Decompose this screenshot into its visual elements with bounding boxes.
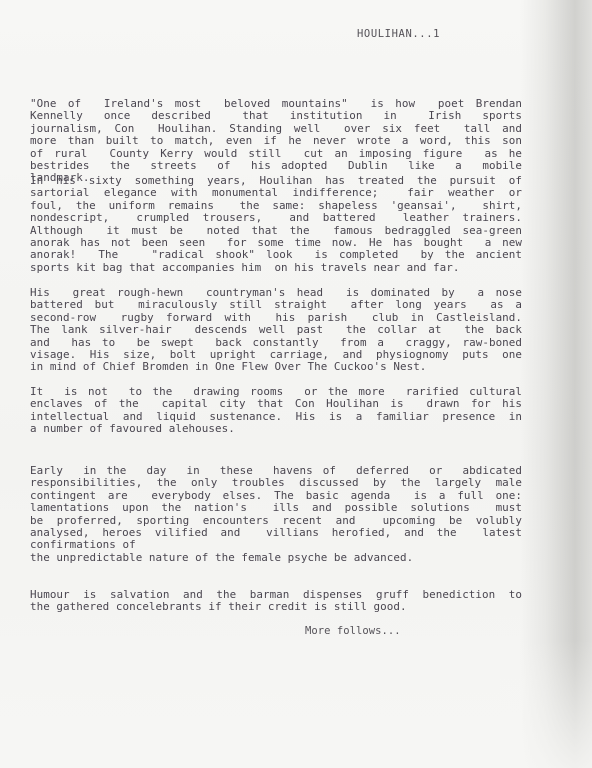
text-line: enclaves of the capital city that Con Ho… [30, 398, 522, 410]
paragraph-6: Humour is salvation and the barman dispe… [30, 589, 522, 614]
text-line: anorak! The "radical shook" look is comp… [30, 249, 522, 261]
page-footer: More follows... [305, 625, 401, 637]
text-line: the gathered concelebrants if their cred… [30, 601, 522, 613]
text-line: the unpredictable nature of the female p… [30, 552, 522, 564]
text-line: in mind of Chief Bromden in One Flew Ove… [30, 361, 522, 373]
text-line: sports kit bag that accompanies him on h… [30, 262, 522, 274]
page-header: HOULIHAN...1 [357, 28, 440, 40]
text-line: The lank silver-hair descends well past … [30, 324, 522, 336]
text-line: responsibilities, the only troubles disc… [30, 477, 522, 489]
paragraph-2: In his sixty something years, Houlihan h… [30, 175, 522, 274]
typed-document: HOULIHAN...1 "One of Ireland's most belo… [0, 0, 592, 768]
text-line: Kennelly once described that institution… [30, 110, 522, 122]
paragraph-1: "One of Ireland's most beloved mountains… [30, 98, 522, 185]
text-line: lamentations upon the nation's ills and … [30, 502, 522, 514]
text-line: a number of favoured alehouses. [30, 423, 522, 435]
text-line: more than built to match, even if he nev… [30, 135, 522, 147]
paragraph-3: His great rough-hewn countryman's head i… [30, 287, 522, 374]
text-line: nondescript, crumpled trousers, and batt… [30, 212, 522, 224]
text-line: confirmations of [30, 539, 522, 551]
paragraph-4: It is not to the drawing rooms or the mo… [30, 386, 522, 436]
text-line: bestrides the streets of his adopted Dub… [30, 160, 522, 172]
text-line: battered but miraculously still straight… [30, 299, 522, 311]
paragraph-5: Early in the day in these havens of defe… [30, 465, 522, 564]
text-line: sartorial elegance with monumental indif… [30, 187, 522, 199]
